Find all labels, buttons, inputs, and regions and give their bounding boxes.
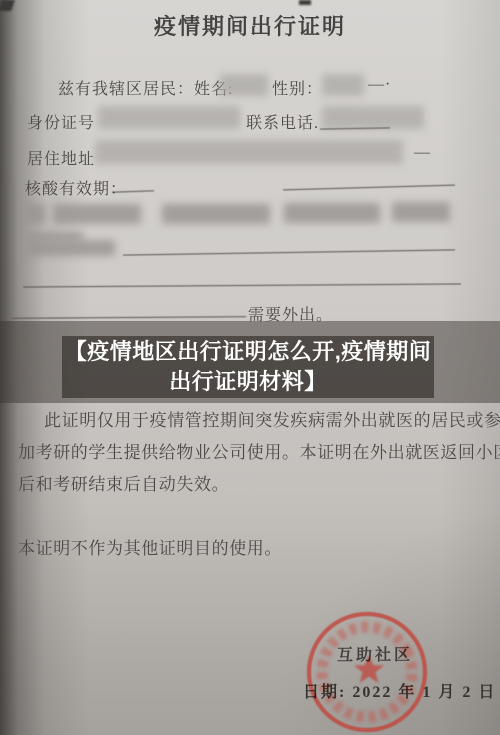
blank-line: [12, 316, 246, 319]
redacted-name-value: [220, 74, 268, 96]
redacted-text-block: [392, 202, 450, 222]
blank-line: [123, 249, 455, 255]
redacted-text-block: [162, 204, 270, 224]
document-photo: 疫情期间出行证明 兹有我辖区居民：姓名: 性别： —· 身份证号 联系电话. 居…: [0, 0, 500, 735]
field-label-resident-name: 兹有我辖区居民：姓名:: [58, 76, 233, 99]
redacted-gender-value: [322, 74, 364, 96]
redacted-text-block: [27, 240, 115, 256]
usage-paragraph-line-1: 此证明仅用于疫情管控期间突发疾病需外出就医的居民或参: [44, 406, 500, 431]
redacted-text-block: [25, 204, 45, 224]
redacted-text-block: [284, 203, 380, 223]
blank-line: [283, 185, 455, 191]
field-label-gender: 性别：: [272, 76, 323, 99]
usage-paragraph-line-3: 后和考研结束后自动失效。: [18, 470, 229, 495]
redacted-address-value: [95, 140, 403, 164]
caption-line-1: 【疫情地区出行证明怎么开,疫情期间: [65, 337, 432, 367]
field-label-id-number: 身份证号: [27, 110, 95, 133]
blank-line: [23, 283, 461, 287]
caption-box: 【疫情地区出行证明怎么开,疫情期间 出行证明材料】: [62, 336, 434, 398]
blank-line: [320, 127, 390, 129]
caption-line-2: 出行证明材料】: [169, 367, 327, 397]
star-icon: [354, 655, 384, 683]
certificate-page: 疫情期间出行证明 兹有我辖区居民：姓名: 性别： —· 身份证号 联系电话. 居…: [0, 0, 500, 735]
official-seal: [302, 606, 434, 735]
disclaimer-text: 本证明不作为其他证明目的使用。: [18, 534, 282, 559]
field-label-phone: 联系电话.: [246, 110, 319, 133]
field-label-address: 居住地址: [27, 146, 95, 169]
page-title: 疫情期间出行证明: [0, 10, 500, 41]
blank-line: [112, 190, 154, 192]
seal-graphic: [302, 606, 434, 735]
usage-paragraph-line-2: 加考研的学生提供给物业公司使用。本证明在外出就医返回小区: [18, 438, 500, 463]
field-label-nucleic-validity: 核酸有效期：: [25, 176, 127, 199]
redacted-id-value: [98, 106, 240, 129]
handwritten-dash: —·: [368, 76, 391, 94]
handwritten-dash: —: [414, 144, 431, 162]
redacted-phone-value: [322, 106, 424, 129]
redacted-text-block: [53, 204, 141, 224]
